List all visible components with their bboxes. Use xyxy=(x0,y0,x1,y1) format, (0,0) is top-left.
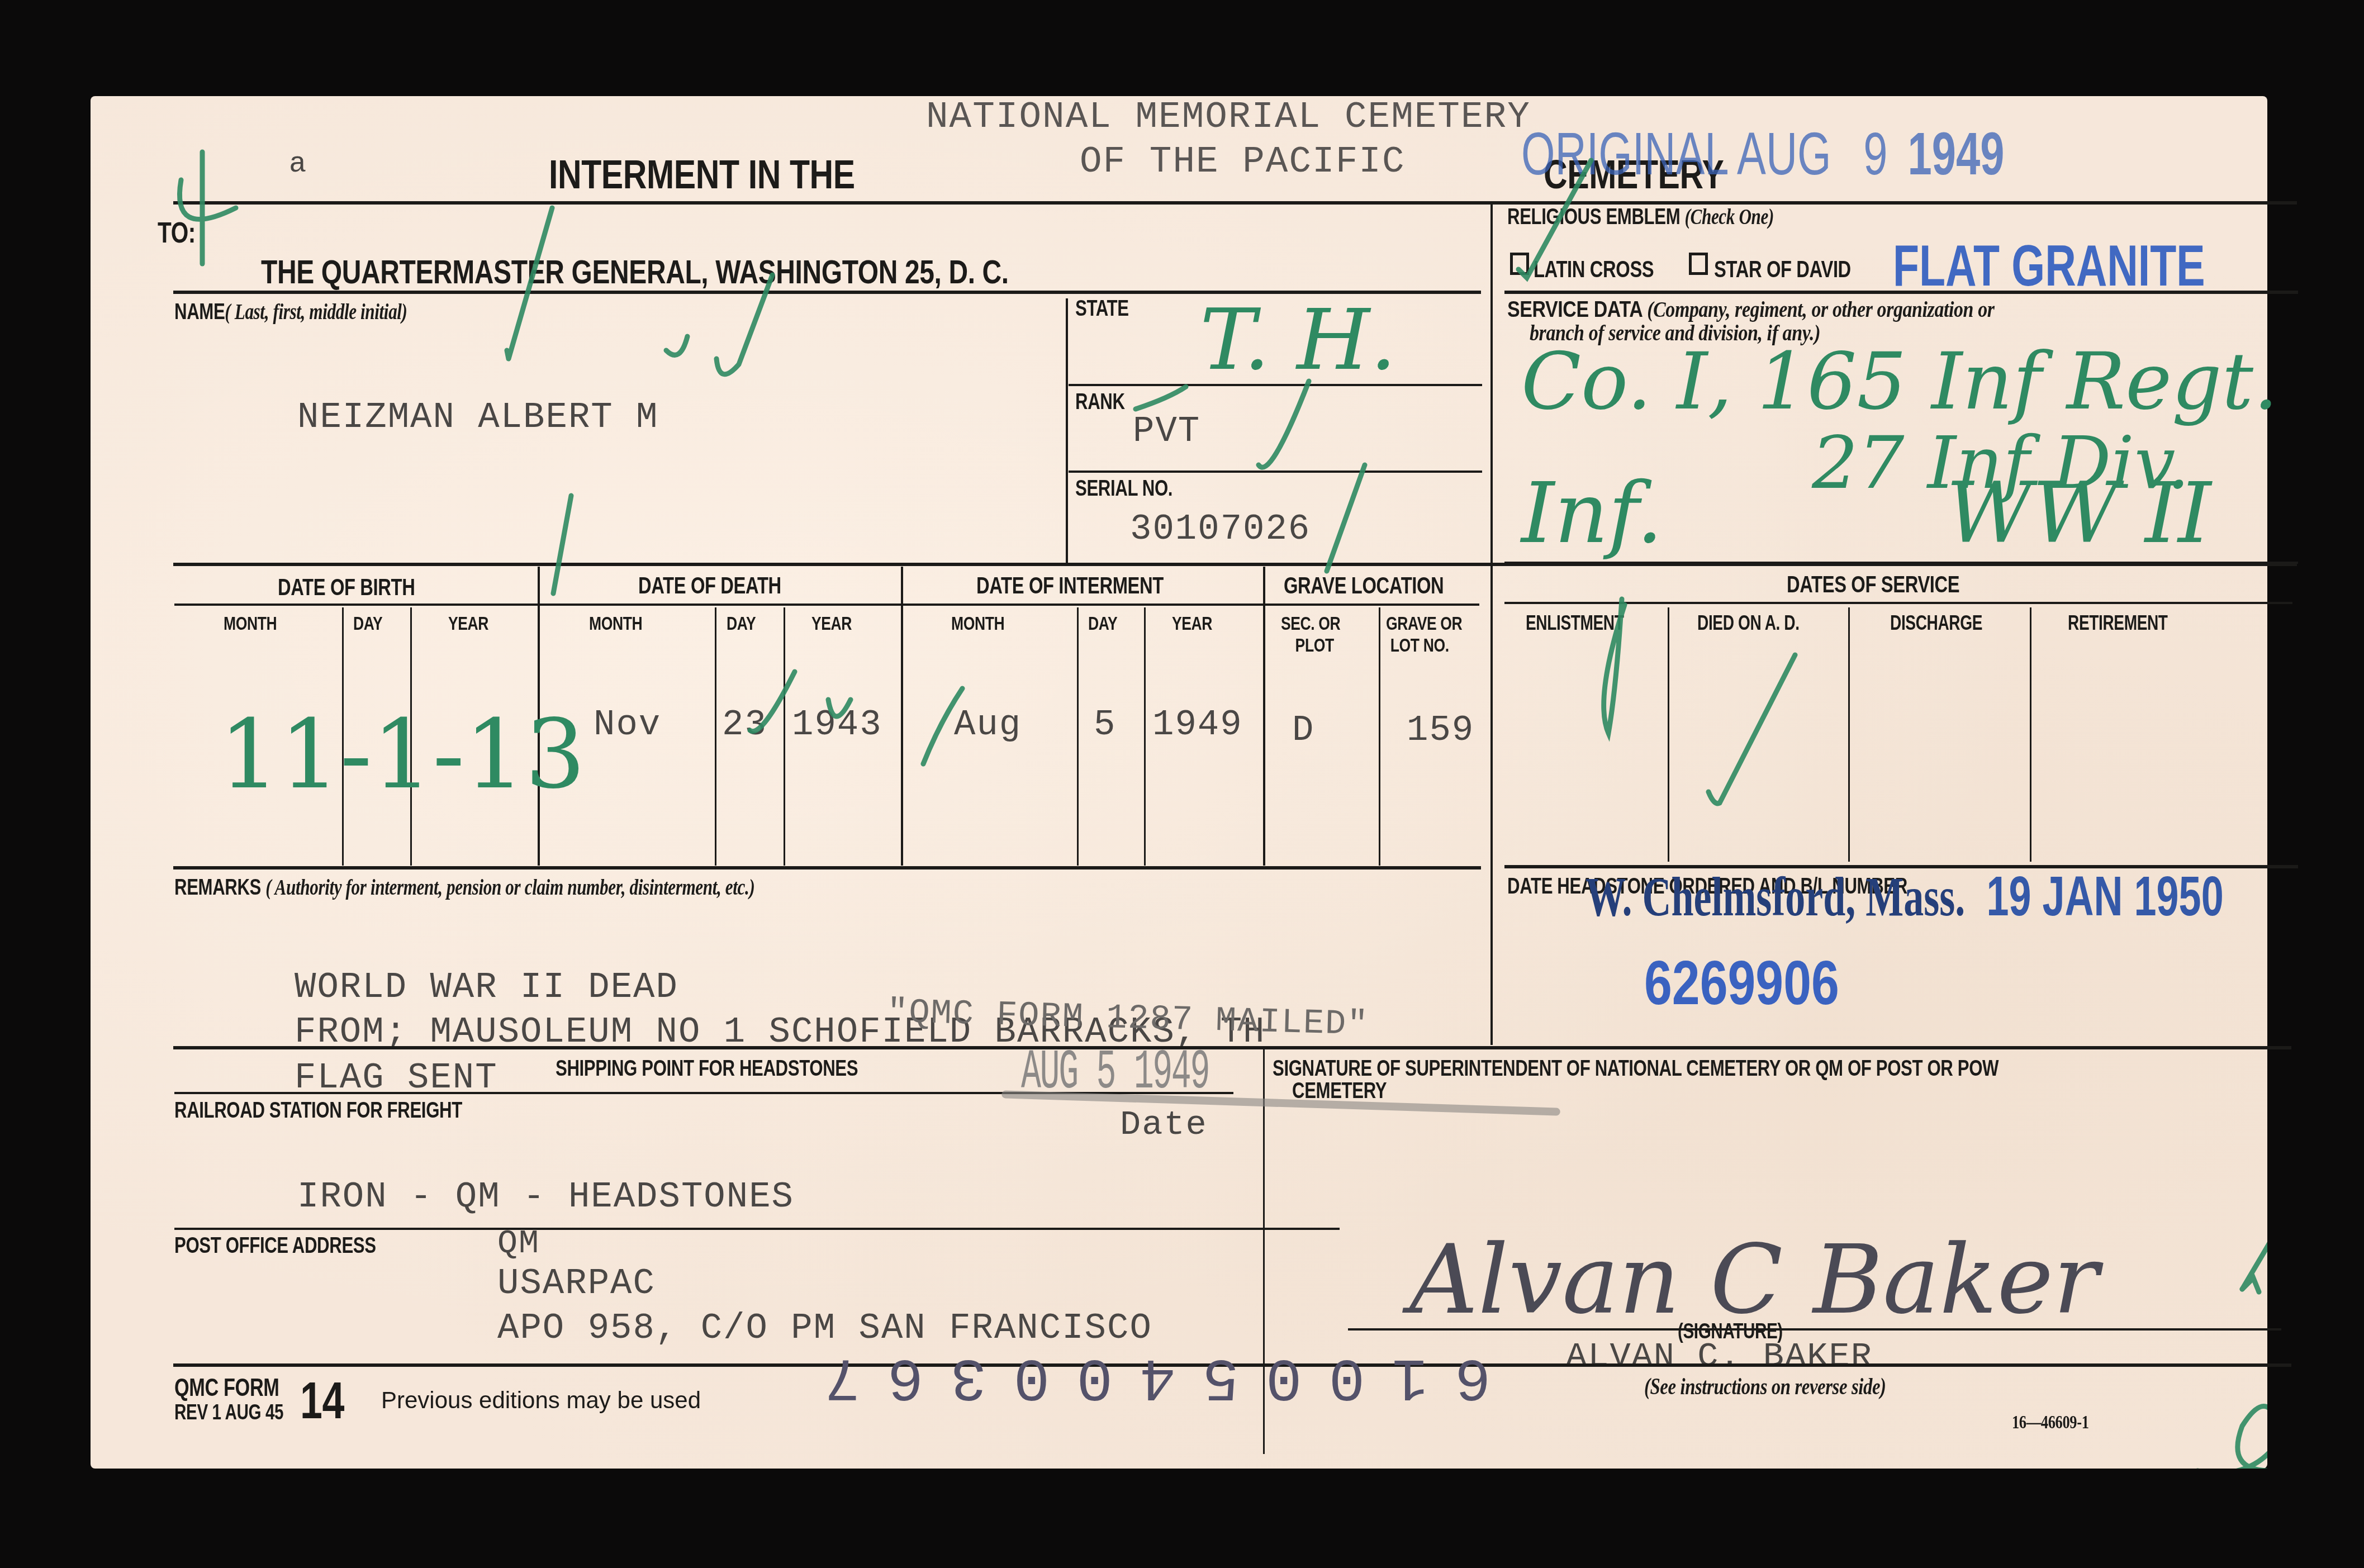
interment-card: a INTERMENT IN THE NATIONAL MEMORIAL CEM… xyxy=(91,96,2267,1469)
pencil-check-marks xyxy=(91,96,2267,1469)
